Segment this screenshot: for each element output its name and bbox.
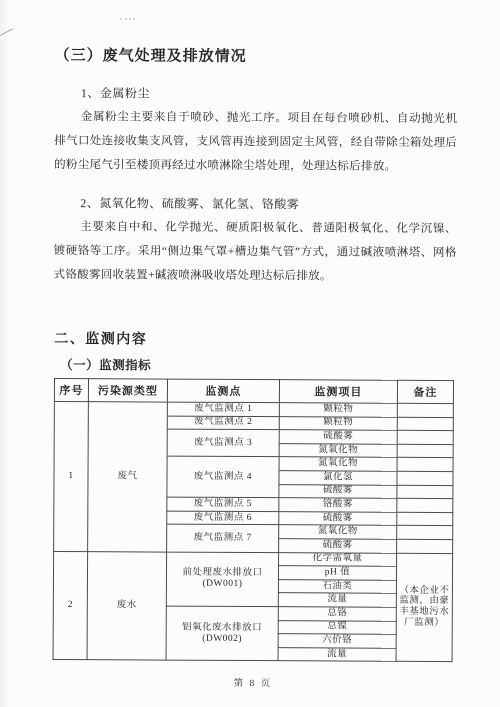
monitoring-point-cell: 废气监测点 5 xyxy=(167,497,279,511)
seq-cell: 2 xyxy=(53,551,88,660)
monitoring-item-cell: 氮氧化物 xyxy=(279,443,397,457)
monitoring-item-cell: 硫酸雾 xyxy=(279,484,397,498)
remark-empty-cell xyxy=(397,526,453,540)
monitoring-point-cell: 废气监测点 4 xyxy=(167,456,279,497)
monitoring-point-cell: 废气监测点 7 xyxy=(167,524,279,552)
subsection-title-acid-mist: 2、氮氧化物、硫酸雾、氯化氢、铬酸雾 xyxy=(54,191,457,217)
monitoring-item-cell: 铬酸雾 xyxy=(279,498,397,512)
monitoring-point-cell: 废气监测点 1 xyxy=(167,402,279,416)
remark-empty-cell xyxy=(397,512,453,526)
monitoring-item-cell: pH 值 xyxy=(278,566,396,580)
monitoring-item-cell: 流量 xyxy=(278,647,396,661)
monitoring-point-cell: 铝氧化废水排放口(DW002) xyxy=(166,606,278,661)
table-header: 序号 污染源类型 监测点 监测项目 备注 xyxy=(54,378,453,403)
monitoring-item-cell: 硫酸雾 xyxy=(279,511,397,525)
remark-note-cell: （本企业不监测，由豪丰基地污水厂监测） xyxy=(396,553,453,662)
monitoring-item-cell: 硫酸雾 xyxy=(279,539,397,553)
remark-empty-cell xyxy=(397,444,453,458)
paragraph-metal-dust: 金属粉尘主要来自于喷砂、抛光工序。项目在每台喷砂机、自动抛光机排气口处连接收集支… xyxy=(54,105,457,179)
monitoring-indicators-table: 序号 污染源类型 监测点 监测项目 备注 1废气废气监测点 1颗粒物废气监测点 … xyxy=(53,378,454,662)
monitoring-item-cell: 化学需氧量 xyxy=(279,552,397,566)
monitoring-item-cell: 流量 xyxy=(278,593,396,607)
monitoring-point-cell: 废气监测点 6 xyxy=(167,511,279,525)
monitoring-item-cell: 颗粒物 xyxy=(279,416,397,430)
subsection-title-metal-dust: 1、金属粉尘 xyxy=(54,81,457,107)
table-row: 2废水前处理废水排放口(DW001)化学需氧量（本企业不监测，由豪丰基地污水厂监… xyxy=(54,551,453,567)
scanned-document-page: （三）废气处理及排放情况 1、金属粉尘 金属粉尘主要来自于喷砂、抛光工序。项目在… xyxy=(0,0,500,707)
remark-empty-cell xyxy=(397,498,453,512)
monitoring-point-cell: 废气监测点 2 xyxy=(167,416,279,430)
monitoring-item-cell: 颗粒物 xyxy=(279,403,397,417)
monitoring-point-cell: 废气监测点 3 xyxy=(167,429,279,457)
subsection-heading-monitoring-indicators: （一）监测指标 xyxy=(60,355,456,377)
remark-empty-cell xyxy=(397,458,453,472)
monitoring-item-cell: 硫酸雾 xyxy=(279,430,397,444)
monitoring-item-cell: 氮氧化物 xyxy=(279,525,397,539)
document-content: （三）废气处理及排放情况 1、金属粉尘 金属粉尘主要来自于喷砂、抛光工序。项目在… xyxy=(0,0,500,691)
header-cell-point: 监测点 xyxy=(167,379,279,403)
source-type-cell: 废气 xyxy=(88,402,168,552)
remark-empty-cell xyxy=(397,403,453,417)
remark-empty-cell xyxy=(397,471,453,485)
header-cell-item: 监测项目 xyxy=(279,380,397,404)
remark-empty-cell xyxy=(397,417,453,431)
monitoring-item-cell: 石油类 xyxy=(278,579,396,593)
seq-cell: 1 xyxy=(54,401,89,551)
monitoring-item-cell: 总镍 xyxy=(278,620,396,634)
header-cell-seq: 序号 xyxy=(54,378,88,401)
source-type-cell: 废水 xyxy=(87,551,167,660)
table-row: 1废气废气监测点 1颗粒物 xyxy=(54,401,453,417)
section-heading-monitoring-content: 二、监测内容 xyxy=(54,329,456,353)
remark-empty-cell xyxy=(397,539,453,553)
monitoring-item-cell: 氯化氢 xyxy=(279,471,397,485)
paragraph-acid-mist: 主要来自中和、化学抛光、硬质阳极氧化、普通阳极氧化、化学沉镍、镀硬铬等工序。采用… xyxy=(53,215,456,289)
monitoring-point-cell: 前处理废水排放口(DW001) xyxy=(166,552,278,607)
table-header-row: 序号 污染源类型 监测点 监测项目 备注 xyxy=(54,378,453,403)
header-cell-remark: 备注 xyxy=(397,380,453,403)
monitoring-item-cell: 总铬 xyxy=(278,607,396,621)
monitoring-item-cell: 氮氧化物 xyxy=(279,457,397,471)
monitoring-item-cell: 六价铬 xyxy=(278,634,396,648)
remark-empty-cell xyxy=(397,485,453,499)
page-number-footer: 第 8 页 xyxy=(51,674,454,690)
section-heading-exhaust-gas: （三）废气处理及排放情况 xyxy=(55,45,458,69)
header-cell-source-type: 污染源类型 xyxy=(88,379,167,402)
remark-empty-cell xyxy=(397,430,453,444)
monitoring-table-body: 1废气废气监测点 1颗粒物废气监测点 2颗粒物废气监测点 3硫酸雾氮氧化物废气监… xyxy=(53,401,453,661)
